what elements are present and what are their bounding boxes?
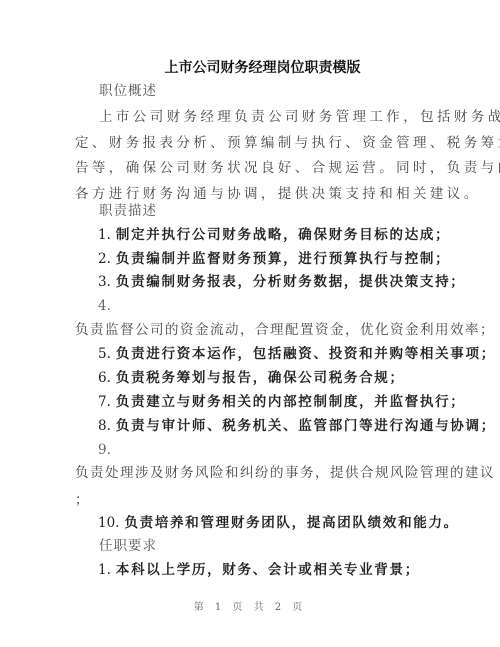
item-number: 8.: [98, 418, 111, 434]
item-number: 1.: [98, 562, 111, 578]
item-text: 本科以上学历，财务、会计或相关专业背景；: [116, 562, 420, 578]
duty-item: 10.负责培养和管理财务团队，提高团队绩效和能力。: [98, 517, 459, 531]
item-number: 5.: [98, 346, 111, 362]
duty-item-continuation: 负责处理涉及财务风险和纠纷的事务，提供合规风险管理的建议: [75, 467, 495, 481]
item-text: 负责编制财务报表，分析财务数据，提供决策支持；: [116, 274, 466, 290]
item-text: 负责编制并监督财务预算，进行预算执行与控制；: [116, 251, 450, 267]
requirement-item: 1.本科以上学历，财务、会计或相关专业背景；: [98, 564, 420, 578]
overview-paragraph-line: 各方进行财务沟通与协调，提供决策支持和相关建议。: [75, 188, 481, 202]
overview-paragraph-line: 上市公司财务经理负责公司财务管理工作，包括财务战略制: [99, 111, 500, 125]
section-heading-duties: 职责描述: [99, 205, 157, 219]
item-text: 负责进行资本运作，包括融资、投资和并购等相关事项；: [116, 346, 496, 362]
page-footer: 第 1 页 共 2 页: [0, 603, 500, 613]
overview-paragraph-line: 定、财务报表分析、预算编制与执行、资金管理、税务筹划与报: [75, 137, 500, 151]
item-number: 3.: [98, 274, 111, 290]
duty-item: 9.: [98, 444, 116, 458]
duty-item: 4.: [98, 300, 116, 314]
item-text: 负责税务筹划与报告，确保公司税务合规；: [116, 370, 405, 386]
item-number: 9.: [98, 442, 111, 458]
item-number: 1.: [98, 227, 111, 243]
item-number: 2.: [98, 251, 111, 267]
section-heading-requirements: 任职要求: [99, 540, 157, 554]
item-text: 负责与审计师、税务机关、监管部门等进行沟通与协调；: [116, 418, 496, 434]
duty-item: 6.负责税务筹划与报告，确保公司税务合规；: [98, 372, 405, 386]
item-number: 7.: [98, 394, 111, 410]
item-text: 负责建立与财务相关的内部控制制度，并监督执行；: [116, 394, 466, 410]
duty-item: 1.制定并执行公司财务战略，确保财务目标的达成；: [98, 229, 450, 243]
item-number: 6.: [98, 370, 111, 386]
duty-item-continuation: 负责监督公司的资金流动，合理配置资金，优化资金利用效率；: [75, 324, 495, 338]
item-text: 制定并执行公司财务战略，确保财务目标的达成；: [116, 227, 450, 243]
item-number: 4.: [98, 298, 111, 314]
overview-paragraph-line: 告等，确保公司财务状况良好、合规运营。同时，负责与内外部: [75, 162, 500, 176]
duty-item: 3.负责编制财务报表，分析财务数据，提供决策支持；: [98, 276, 466, 290]
duty-item: 7.负责建立与财务相关的内部控制制度，并监督执行；: [98, 396, 466, 410]
duty-item: 2.负责编制并监督财务预算，进行预算执行与控制；: [98, 253, 450, 267]
duty-item-continuation: ；: [75, 494, 90, 508]
item-text: 负责培养和管理财务团队，提高团队绩效和能力。: [124, 515, 458, 531]
duty-item: 5.负责进行资本运作，包括融资、投资和并购等相关事项；: [98, 348, 496, 362]
item-number: 10.: [98, 515, 119, 531]
section-heading-overview: 职位概述: [99, 85, 157, 99]
duty-item: 8.负责与审计师、税务机关、监管部门等进行沟通与协调；: [98, 420, 496, 434]
document-title: 上市公司财务经理岗位职责模版: [0, 61, 500, 75]
